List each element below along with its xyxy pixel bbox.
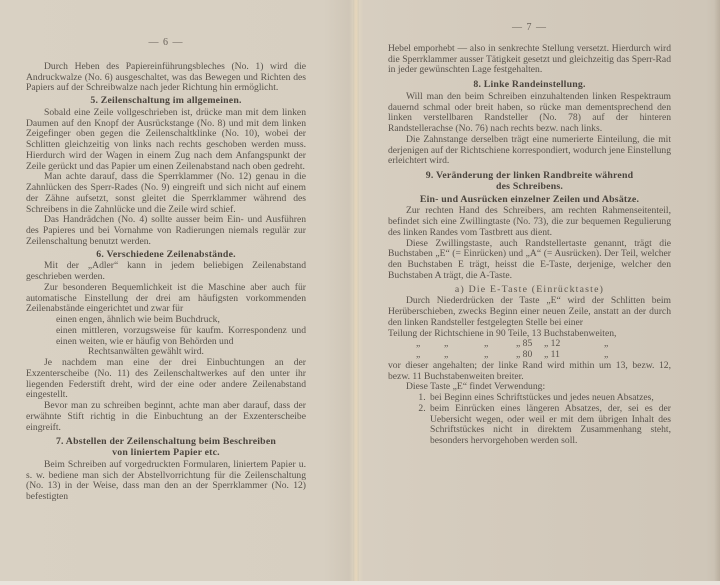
paragraph: Mit der „Adler“ kann in jedem beliebigen… [26,261,306,283]
page-number: — 7 — [388,23,671,34]
usage-list: bei Beginn eines Schriftstückes und jede… [388,393,671,447]
paragraph: vor dieser angehalten; der linke Rand wi… [388,361,671,383]
continuation-paragraph: Hebel emporhebt — also in senkrechte Ste… [388,44,671,76]
section-9-heading: 9. Veränderung der linken Randbreite wäh… [388,171,671,193]
paragraph: Beim Schreiben auf vorgedruckten Formula… [26,460,306,503]
paragraph: Sobald eine Zeile vollgeschrieben ist, d… [26,108,306,173]
paragraph: Will man den beim Schreiben einzuhaltend… [388,92,671,135]
left-page: — 6 — Durch Heben des Papiereinführungsb… [26,0,306,585]
section-5-heading: 5. Zeilenschaltung im allgemeinen. [26,96,306,107]
intro-paragraph: Durch Heben des Papiereinführungsbleches… [26,62,306,94]
section-6-heading: 6. Verschiedene Zeilenabstände. [26,250,306,261]
paragraph: Zur besonderen Bequemlichkeit ist die Ma… [26,283,306,315]
paragraph: Zur rechten Hand des Schreibers, am rech… [388,206,671,238]
paragraph: Diese Zwillingstaste, auch Randstellerta… [388,239,671,282]
ditto-mark: „ [416,339,444,350]
list-item: beim Einrücken eines längeren Absatzes, … [428,404,671,447]
section-9-subheading: Ein- und Ausrücken einzelner Zeilen und … [388,195,671,206]
heading-line: 7. Abstellen der Zeilenschaltung beim Be… [56,436,276,447]
section-8-heading: 8. Linke Randeinstellung. [388,80,671,91]
page-number: — 6 — [26,38,306,49]
ditto-mark: „ [444,339,484,350]
heading-line: 9. Veränderung der linken Randbreite wäh… [426,170,634,181]
ditto-mark: „ [484,339,516,350]
section-7-heading: 7. Abstellen der Zeilenschaltung beim Be… [26,437,306,459]
book-spread: — 6 — Durch Heben des Papiereinführungsb… [0,0,720,585]
paragraph: Bevor man zu schreiben beginnt, achte ma… [26,401,306,433]
right-page: — 7 — Hebel emporhebt — also in senkrech… [388,0,671,585]
paragraph: Man achte darauf, dass die Sperrklammer … [26,172,306,215]
book-gutter [353,0,359,585]
paragraph: Durch Niederdrücken der Taste „E“ wird d… [388,296,671,328]
subsection-a-heading: a) Die E-Taste (Einrücktaste) [388,285,671,296]
spacing-options: einen engen, ähnlich wie beim Buchdruck,… [26,315,306,347]
spacing-option-medium-wide: einen mittleren, vorzugsweise für kaufm.… [56,326,306,348]
page-edge-shadow [714,0,720,585]
paragraph: Je nachdem man eine der drei Einbuchtung… [26,358,306,401]
heading-line: von liniertem Papier etc. [112,447,220,458]
paragraph: Das Handrädchen (No. 4) sollte ausser be… [26,215,306,247]
paragraph: Die Zahnstange derselben trägt eine nume… [388,135,671,167]
ditto-mark: „ [604,339,644,350]
heading-line: des Schreibens. [496,181,563,192]
